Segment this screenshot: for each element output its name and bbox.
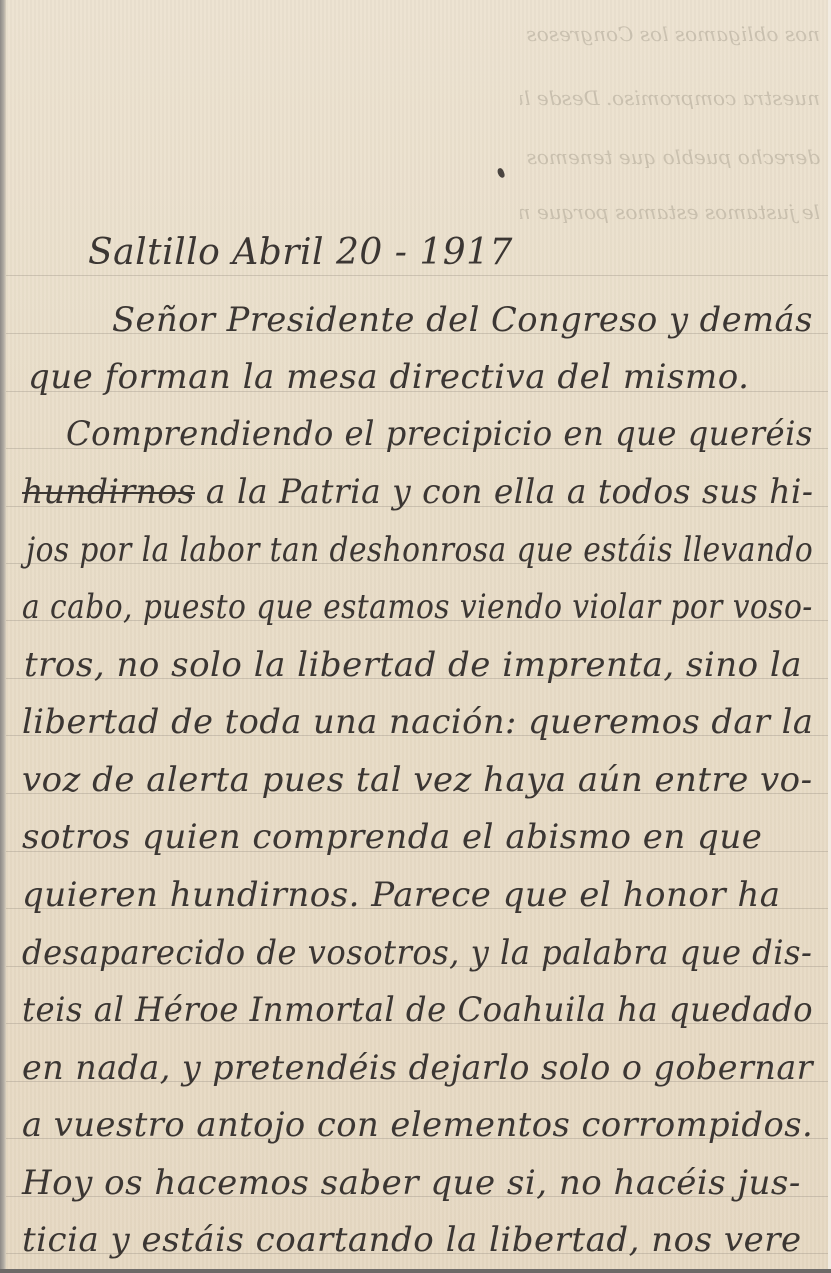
bleed-through-text: derecho pueblo que tenemos protestamos [520,145,820,175]
body-line: Hoy os hacemos saber que si, no hacéis j… [22,1163,801,1203]
bleed-through-text: le justamos estamos porque no queremos [520,200,820,230]
body-line: a vuestro antojo con elementos corrompid… [22,1105,813,1145]
body-line: ticia y estáis coartando la libertad, no… [22,1220,802,1260]
body-line: desaparecido de vosotros, y la palabra q… [22,933,812,973]
bleed-through-text: nuestra compromiso. Desde luego que el [520,86,820,116]
body-line: en nada, y pretendéis dejarlo solo o gob… [22,1048,813,1088]
bleed-through-text: nos obligamos los Congresos los estados … [520,22,820,52]
body-line-rest: a la Patria y con ella a todos sus hi- [195,472,813,512]
body-line: voz de alerta pues tal vez haya aún entr… [22,760,813,800]
salutation-line: que forman la mesa directiva del mismo. [28,357,749,397]
struck-word: hundirnos [22,472,195,512]
ruled-line [6,275,828,276]
body-line: tros, no solo la libertad de imprenta, s… [24,645,802,685]
letter-page: nos obligamos los Congresos los estados … [0,0,831,1273]
body-line: jos por la labor tan deshonrosa que está… [26,530,813,570]
body-line: Comprendiendo el precipicio en que queré… [66,414,813,454]
salutation-line: Señor Presidente del Congreso y demás [112,300,813,340]
scan-bottom-edge [0,1269,831,1273]
body-line: sotros quien comprenda el abismo en que [22,817,762,857]
body-line: hundirnos a la Patria y con ella a todos… [22,472,813,512]
ink-smudge [496,167,505,178]
place-date: Saltillo Abril 20 - 1917 [88,232,513,273]
scan-left-edge [0,0,6,1273]
body-line: libertad de toda una nación: queremos da… [22,702,813,742]
body-line: a cabo, puesto que estamos viendo violar… [22,587,813,627]
body-line: quieren hundirnos. Parece que el honor h… [22,875,781,915]
body-line: teis al Héroe Inmortal de Coahuila ha qu… [22,990,813,1030]
